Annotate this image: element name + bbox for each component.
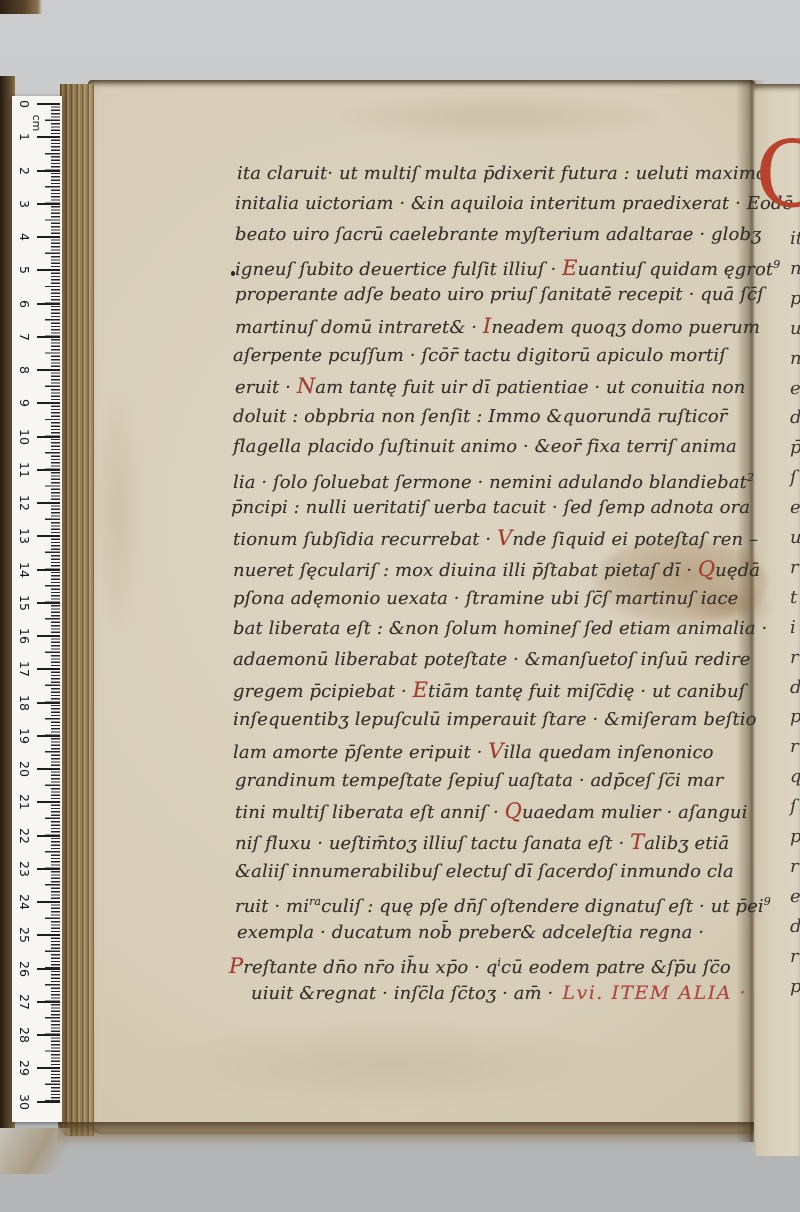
red-initial-next-page: C — [755, 120, 800, 230]
text-segment: martinuſ domū intraret& · — [235, 317, 483, 338]
ruler-cm-number: 27 — [17, 991, 31, 1013]
text-line: &aliiſ innumerabilibuſ electuſ dī ſacerd… — [235, 861, 734, 883]
text-line: initalia uictoriam · &in aquiloia interi… — [235, 193, 793, 215]
text-segment: ruit · mi — [235, 896, 309, 917]
ruler-cm-number: 14 — [17, 559, 31, 581]
text-fragment: u — [790, 527, 800, 548]
text-segment: lia · ſolo ſoluebat ſermone · nemini adu… — [233, 472, 747, 493]
text-segment: am tantę fuit uir dī patientiae · ut con… — [315, 377, 745, 398]
ruler-cm-number: 6 — [17, 293, 31, 315]
text-fragment: r — [790, 647, 799, 668]
book-bottom-corner — [0, 1128, 70, 1174]
ruler-cm-tick — [37, 934, 60, 936]
ruler-unit-label: cm — [29, 112, 43, 134]
text-segment: aſerpente pcuſſum · ſcōr̄ tactu digitorū… — [233, 345, 726, 366]
text-fragment: ſ — [790, 796, 797, 817]
text-segment: tionum ſubſidia recurrebat · — [233, 529, 497, 550]
text-fragment: t — [790, 587, 797, 608]
ruler-cm-tick — [37, 602, 60, 604]
text-line: lia · ſolo ſoluebat ſermone · nemini adu… — [233, 467, 754, 494]
ruler-cm-tick — [37, 569, 60, 571]
ruler-cm-number: 15 — [17, 592, 31, 614]
ruler-cm-tick — [37, 968, 60, 970]
text-segment: properante adſe beato uiro priuſ ſanitat… — [235, 284, 764, 305]
ruler-cm-tick — [37, 303, 60, 305]
ruler-cm-number: 13 — [17, 525, 31, 547]
text-segment: tiām tantę fuit miſc̄dię · ut canibuſ — [428, 681, 745, 702]
text-segment: grandinum tempeſtate ſepiuſ uaſtata · ad… — [235, 770, 723, 791]
text-fragment: u — [790, 318, 800, 339]
ruler-cm-number: 4 — [17, 226, 31, 248]
text-fragment: p — [790, 288, 800, 309]
manuscript-photo: { "scene": { "description": "Photograph … — [0, 0, 800, 1212]
text-segment: ita claruit· ut multiſ multa p̄dixerit f… — [237, 163, 767, 184]
text-segment: doluit : obpbria non ſenſit : Immo &quor… — [233, 406, 727, 427]
text-segment: uiuit &regnat · inſc̄la ſc̄toʒ · am̄ · — [251, 983, 553, 1004]
ruler-cm-number: 5 — [17, 259, 31, 281]
text-line: bat liberata eſt : &non ſolum homineſ ſe… — [233, 618, 767, 640]
text-segment: tini multiſ liberata eſt anniſ · — [235, 802, 505, 823]
parchment-stain — [150, 1020, 630, 1110]
text-segment: 9 — [773, 258, 780, 271]
text-segment: 2 — [747, 471, 754, 484]
text-line: Preſtante dn̄o nr̄o ih̄u xp̄o · qicū eod… — [229, 952, 731, 979]
parchment-stain — [92, 380, 144, 640]
red-initial: Q — [505, 799, 522, 823]
text-line: uiuit &regnat · inſc̄la ſc̄toʒ · am̄ ·Lv… — [251, 982, 747, 1005]
ruler-cm-tick — [37, 1101, 60, 1103]
text-fragment: d — [790, 407, 800, 428]
ruler-cm-number: 20 — [17, 758, 31, 780]
ruler-cm-tick — [37, 635, 60, 637]
red-initial: E — [562, 256, 577, 280]
text-line: nueret ſęculariſ : mox diuina illi p̄ſta… — [233, 558, 760, 582]
text-segment: exempla · ducatum nob̄ preber& adceleſti… — [237, 922, 704, 943]
ruler-cm-number: 2 — [17, 160, 31, 182]
text-line: adaemonū liberabat poteſtate · &manſueto… — [233, 649, 751, 671]
text-segment: neadem quoqʒ domo puerum — [491, 317, 760, 338]
text-line: grandinum tempeſtate ſepiuſ uaſtata · ad… — [235, 770, 723, 792]
text-fragment: n — [790, 348, 800, 369]
text-segment: pſona adęmonio uexata · ſtramine ubi ſc̄… — [233, 588, 738, 609]
text-fragment: p — [790, 826, 800, 847]
ruler-cm-tick — [37, 1034, 60, 1036]
red-initial: T — [630, 830, 644, 854]
ruler-cm-tick — [37, 103, 60, 105]
text-fragment: i — [790, 617, 796, 638]
ruler-cm-tick — [37, 436, 60, 438]
text-fragment: e — [790, 378, 800, 399]
ruler-cm-number: 7 — [17, 326, 31, 348]
book-cover-corner — [0, 0, 42, 14]
text-segment: uantiuſ quidam ęgrot — [578, 259, 774, 280]
text-fragment: n — [790, 258, 800, 279]
text-line: martinuſ domū intraret& · Ineadem quoqʒ … — [235, 315, 760, 339]
text-line: inſequentibʒ lepuſculū imperauit ſtare ·… — [233, 709, 757, 731]
ruler-cm-number: 25 — [17, 924, 31, 946]
text-segment: reſtante dn̄o nr̄o ih̄u xp̄o · q — [243, 957, 497, 978]
ruler-cm-tick — [37, 801, 60, 803]
ruler-cm-tick — [37, 735, 60, 737]
text-segment: bat liberata eſt : &non ſolum homineſ ſe… — [233, 618, 767, 639]
text-fragment: p̄ — [790, 437, 800, 458]
ruler-cm-tick — [37, 668, 60, 670]
text-fragment: it — [790, 228, 800, 249]
text-segment: uaedam mulier · aſangui — [522, 802, 748, 823]
text-line: igneuſ ſubito deuertice fulſit illiuſ · … — [235, 254, 780, 281]
ruler-cm-number: 17 — [17, 658, 31, 680]
ruler-cm-tick — [37, 1001, 60, 1003]
text-segment: cū eodem patre &ſp̄u ſc̄o — [501, 957, 731, 978]
text-line: eruit · Nam tantę fuit uir dī patientiae… — [235, 375, 745, 399]
text-segment: illa quedam inſenonico — [504, 742, 714, 763]
ruler-cm-number: 30 — [17, 1091, 31, 1113]
text-fragment: e — [790, 886, 800, 907]
text-segment: 9 — [764, 895, 771, 908]
parchment-stain — [330, 92, 660, 142]
ruler-cm-number: 10 — [17, 426, 31, 448]
ruler-cm-tick — [37, 535, 60, 537]
ruler-cm-tick — [37, 868, 60, 870]
page-edge-stack-left — [60, 84, 94, 1136]
text-line: niſ fluxu · ueſtim̄toʒ illiuſ tactu ſana… — [235, 831, 729, 855]
ruler-cm-tick — [37, 369, 60, 371]
ruler-cm-number: 1 — [17, 126, 31, 148]
text-segment: igneuſ ſubito deuertice fulſit illiuſ · — [235, 259, 562, 280]
ruler-cm-tick — [37, 469, 60, 471]
text-line: ita claruit· ut multiſ multa p̄dixerit f… — [237, 163, 767, 185]
text-line: flagella placido ſuſtinuit animo · &eor̄… — [233, 436, 737, 458]
ruler-cm-number: 23 — [17, 858, 31, 880]
text-segment: gregem p̄cipiebat · — [233, 681, 413, 702]
ruler-cm-tick — [37, 203, 60, 205]
text-line: ruit · miraculiſ : quę pſe dn̄ſ oſtender… — [235, 891, 771, 918]
ruler-cm-tick — [37, 170, 60, 172]
text-fragment: p — [790, 976, 800, 997]
text-fragment: ſ — [790, 467, 797, 488]
ruler-cm-number: 18 — [17, 692, 31, 714]
text-line: doluit : obpbria non ſenſit : Immo &quor… — [233, 406, 727, 428]
text-line: gregem p̄cipiebat · Etiām tantę fuit miſ… — [233, 679, 745, 703]
text-segment: lam amorte p̄ſente eripuit · — [233, 742, 488, 763]
red-initial: P — [229, 954, 243, 978]
text-line: beato uiro ſacrū caelebrante myſterium a… — [235, 224, 761, 246]
ruler-cm-tick — [37, 1067, 60, 1069]
text-line: tionum ſubſidia recurrebat · Vnde ſiquid… — [233, 527, 758, 551]
ruler-cm-tick — [37, 768, 60, 770]
text-segment: flagella placido ſuſtinuit animo · &eor̄… — [233, 436, 737, 457]
text-fragment: r — [790, 557, 799, 578]
ruler-cm-number: 11 — [17, 459, 31, 481]
text-fragment: p — [790, 706, 800, 727]
text-segment: nde ſiquid ei poteſtaſ ren – — [512, 529, 758, 550]
text-line: pſona adęmonio uexata · ſtramine ubi ſc̄… — [233, 588, 738, 610]
red-initial: V — [497, 526, 512, 550]
text-segment: culiſ : quę pſe dn̄ſ oſtendere dignatuſ … — [321, 896, 764, 917]
ruler-cm-number: 3 — [17, 193, 31, 215]
red-initial: E — [413, 678, 428, 702]
text-line: exempla · ducatum nob̄ preber& adceleſti… — [237, 922, 704, 944]
text-segment: alibʒ etiā — [644, 833, 729, 854]
ruler-cm-tick — [37, 136, 60, 138]
page-edge-stack-bottom — [58, 1122, 758, 1148]
ruler-cm-number: 28 — [17, 1024, 31, 1046]
ruler-cm-tick — [37, 402, 60, 404]
ruler-cm-tick — [37, 269, 60, 271]
ruler-cm-number: 9 — [17, 392, 31, 414]
red-initial: N — [297, 374, 315, 398]
text-segment: adaemonū liberabat poteſtate · &manſueto… — [233, 649, 751, 670]
ruler-cm-number: 24 — [17, 891, 31, 913]
text-line: properante adſe beato uiro priuſ ſanitat… — [235, 284, 764, 306]
text-fragment: r — [790, 946, 799, 967]
ruler-cm-number: 8 — [17, 359, 31, 381]
text-fragment: d — [790, 677, 800, 698]
ruler-cm-tick — [37, 702, 60, 704]
ruler-cm-number: 19 — [17, 725, 31, 747]
text-line: tini multiſ liberata eſt anniſ · Quaedam… — [235, 800, 747, 824]
text-segment: eruit · — [235, 377, 297, 398]
text-fragment: e — [790, 497, 800, 518]
ruler-cm-number: 21 — [17, 791, 31, 813]
text-segment: uędā — [715, 560, 760, 581]
ruler-cm-number: 12 — [17, 492, 31, 514]
text-segment: nueret ſęculariſ : mox diuina illi p̄ſta… — [233, 560, 698, 581]
text-segment: beato uiro ſacrū caelebrante myſterium a… — [235, 224, 761, 245]
ruler-cm-tick — [37, 901, 60, 903]
ruler-cm-number: 26 — [17, 958, 31, 980]
text-segment: &aliiſ innumerabilibuſ electuſ dī ſacerd… — [235, 861, 734, 882]
ruler-cm-number: 22 — [17, 825, 31, 847]
chapter-rubric: Lvi. ITEM ALIA · — [562, 982, 747, 1004]
red-initial: V — [488, 739, 503, 763]
text-segment: inſequentibʒ lepuſculū imperauit ſtare ·… — [233, 709, 757, 730]
text-line: p̄ncipi : nulli ueritatiſ uerba tacuit ·… — [231, 497, 750, 519]
text-line: lam amorte p̄ſente eripuit · Villa queda… — [233, 740, 714, 764]
red-initial: Q — [698, 557, 715, 581]
ruler-cm-tick — [37, 336, 60, 338]
text-fragment: q — [790, 766, 800, 787]
text-segment: niſ fluxu · ueſtim̄toʒ illiuſ tactu ſana… — [235, 833, 630, 854]
text-segment: initalia uictoriam · &in aquiloia interi… — [235, 193, 793, 214]
text-fragment: d — [790, 916, 800, 937]
text-fragment: r — [790, 856, 799, 877]
text-fragment: r — [790, 736, 799, 757]
text-line: aſerpente pcuſſum · ſcōr̄ tactu digitorū… — [233, 345, 726, 367]
ruler-cm-number: 16 — [17, 625, 31, 647]
ruler-cm-number: 0 — [17, 93, 31, 115]
ruler-cm-tick — [37, 236, 60, 238]
ruler-cm-number: 29 — [17, 1057, 31, 1079]
text-segment: ra — [309, 895, 321, 908]
ruler-cm-tick — [37, 502, 60, 504]
ruler-cm-tick — [37, 835, 60, 837]
text-segment: p̄ncipi : nulli ueritatiſ uerba tacuit ·… — [231, 497, 750, 518]
